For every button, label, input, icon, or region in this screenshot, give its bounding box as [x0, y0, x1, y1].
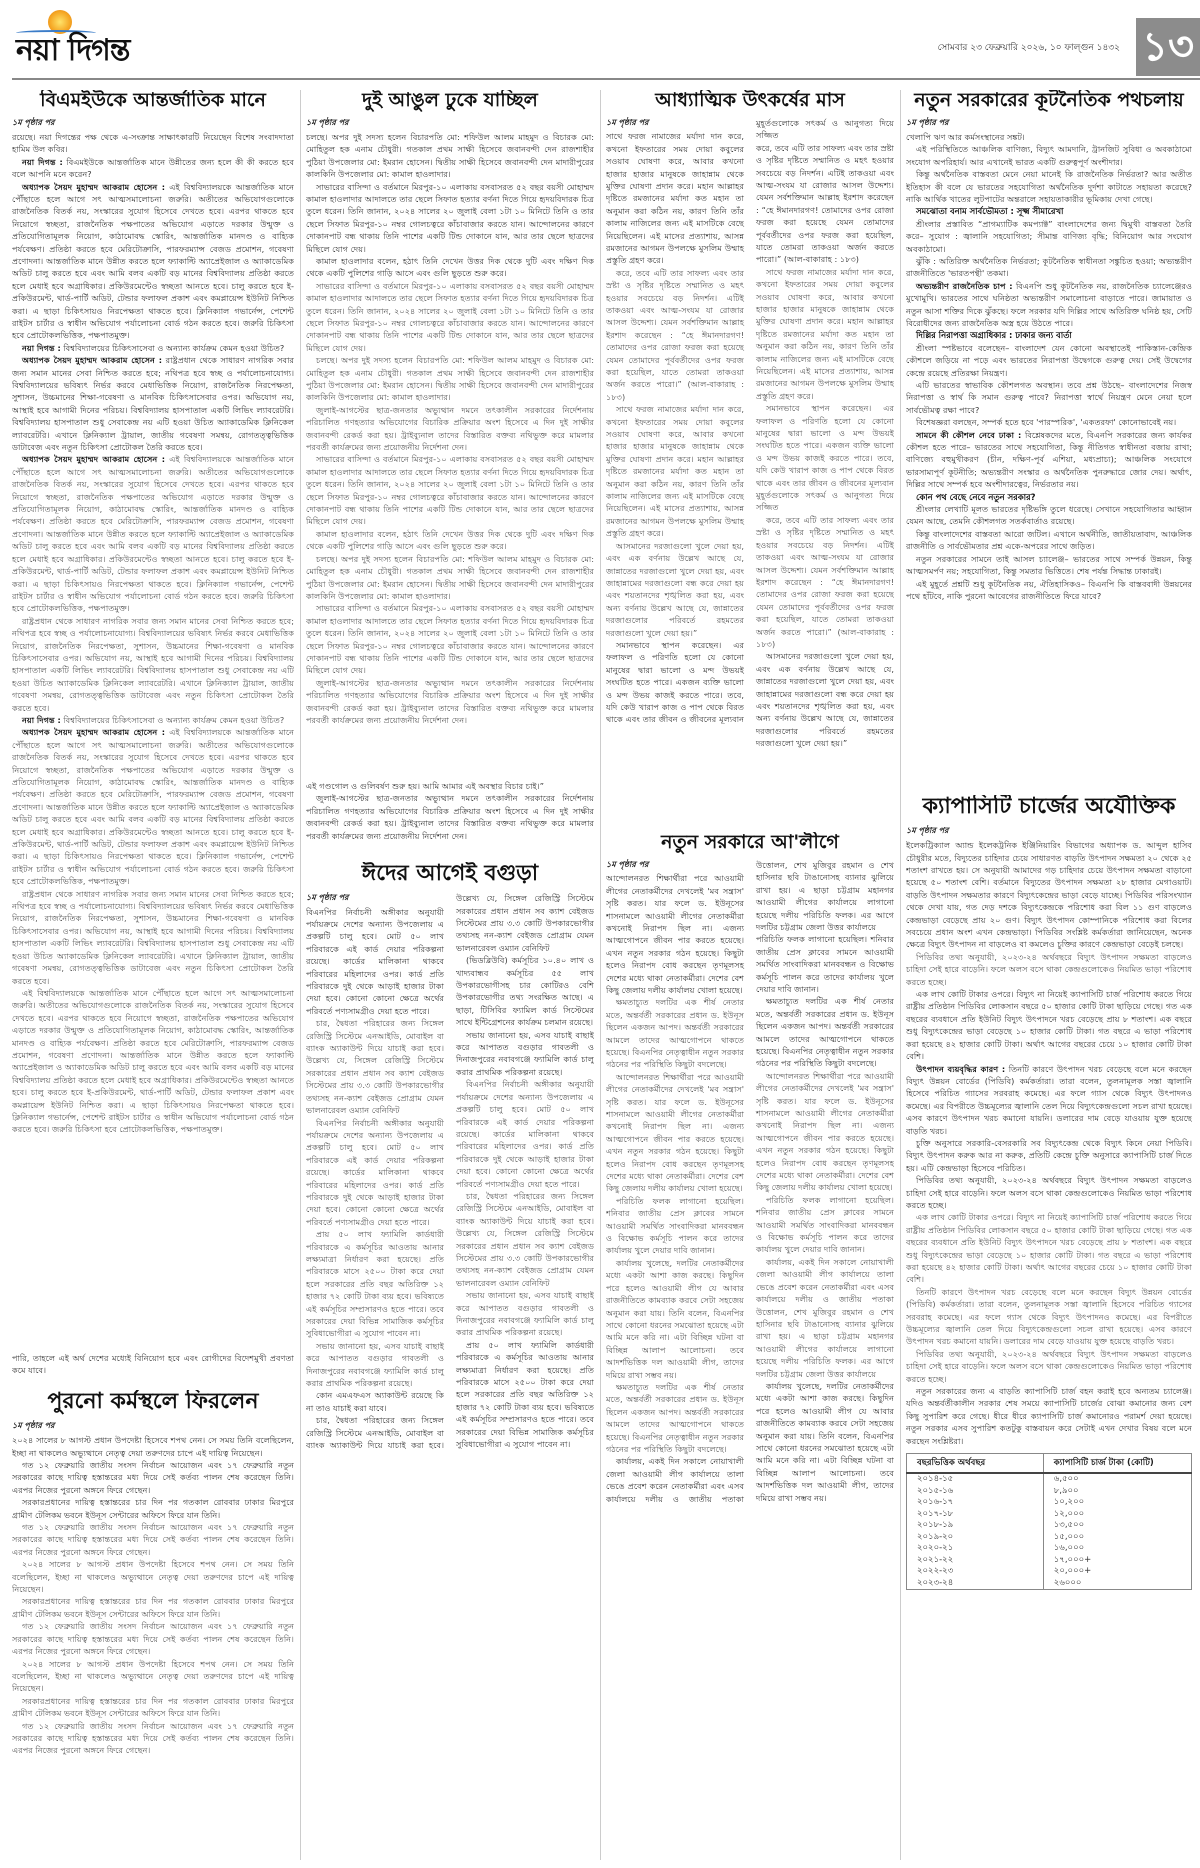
article-body: ইলেকট্রিক্যাল অ্যান্ড ইলেকট্রনিক ইঞ্জিনি…	[906, 839, 1192, 1447]
continued-label: ১ম পৃষ্ঠার পর	[306, 892, 444, 904]
answer: অধ্যাপক সৈয়দ মুহাম্মদ আকরাম হোসেন : এই …	[12, 726, 294, 887]
article-body: ১ম পৃষ্ঠার পর সাথে ফরজ নামাজের মর্যাদা দ…	[606, 117, 894, 897]
table-row: ২০২৩-২৪২৬০০০	[907, 1578, 1192, 1590]
column-header: বছরভিত্তিক অর্থবছর	[907, 1454, 1044, 1474]
answer: অধ্যাপক সৈয়দ মুহাম্মদ আকরাম হোসেন : এই …	[12, 181, 294, 342]
article-bmu-closing: পারি, তাহলে এই অর্থ দেশের মধ্যেই বিনিয়ো…	[12, 1352, 294, 1382]
article-eid-bogura: ঈদের আগেই বগুড়া ১ম পৃষ্ঠার পর বিএনপির ন…	[306, 862, 594, 1862]
column-divider	[900, 90, 901, 1860]
subheading: কোন পথ বেছে নেবে নতুন সরকার?	[906, 491, 1192, 503]
subheading: উৎপাদন ব্যয়বৃদ্ধির কারণ :	[916, 1064, 1005, 1074]
paragraph: প্রায় ৫০ লাখ ফ্যামিলি কার্ডধারী পরিবারক…	[456, 1339, 594, 1451]
paragraph: রয়েছে। নয়া দিগন্তের পক্ষ থেকে এ-সংক্রা…	[12, 131, 294, 156]
column-divider	[600, 90, 601, 1860]
answer: রাষ্ট্রপ্রধান থেকে সাধারণ নাগরিক সবার জন…	[12, 615, 294, 714]
continued-label: ১ম পৃষ্ঠার পর	[306, 117, 594, 130]
continued-label: ১ম পৃষ্ঠার পর	[12, 1420, 294, 1433]
dateline: সোমবার ২৩ ফেব্রুয়ারি ২০২৬, ১০ ফাল্গুন ১…	[938, 40, 1120, 55]
article-old-workplace: পুরনো কর্মস্থলে ফিরলেন ১ম পৃষ্ঠার পর ২০২…	[12, 1390, 294, 1860]
paragraph: এই গণ্ডগোল ও গুলিবর্ষণ শুরু হয়। আমি আমা…	[306, 780, 594, 792]
headline[interactable]: বিএমইউকে আন্তর্জাতিক মানে	[12, 90, 294, 111]
paragraph: সভায় জানানো হয়, এসব যাচাই বাছাই করে আপ…	[456, 1029, 594, 1079]
paragraph: গত ১২ ফেব্রুয়ারি জাতীয় সংসদ নির্বাচন আ…	[12, 1459, 294, 1496]
answer: অধ্যাপক সৈয়দ মুহাম্মদ আকরাম হোসেন : রাষ…	[12, 354, 294, 453]
paragraph: কার্যালয় খুলেছে, দলটির নেতাকর্মীদের মধ্…	[756, 1380, 894, 1504]
headline[interactable]: ক্যাপাসিটি চার্জের অযৌক্তিক	[906, 795, 1192, 819]
paragraph: করে, তবে এটি তার সাফল্য এবং তার স্রষ্টা …	[756, 142, 894, 266]
article-capacity-charge: ক্যাপাসিটি চার্জের অযৌক্তিক ১ম পৃষ্ঠার প…	[906, 795, 1192, 1865]
headline[interactable]: নতুন সরকারের কূটনৈতিক পথচলায়	[906, 90, 1192, 111]
table-row: ২০১৭-১৮১২,০০০	[907, 1509, 1192, 1521]
subheading: অভ্যন্তরীণ রাজনৈতিক চাপ :	[916, 281, 1013, 291]
article-two-fingers-end: এই গণ্ডগোল ও গুলিবর্ষণ শুরু হয়। আমি আমা…	[306, 780, 594, 862]
subheading: দিল্লির নিরাপত্তা অগ্রাধিকার : ঢাকার জন্…	[906, 329, 1192, 341]
paragraph: কামাল হাওলাদার বলেন, হঠাৎ তিনি দেখেন উত্…	[306, 255, 594, 280]
paragraph: চলছে। অপর দুই সদস্য হলেন বিচারপতি মো: শফ…	[306, 131, 594, 181]
table-row: ২০১৫-১৬৮,৯০০	[907, 1486, 1192, 1498]
article-body: ১ম পৃষ্ঠার পর আন্দোলনরত শিক্ষার্থীরা পরে…	[606, 859, 894, 1859]
continued-label: ১ম পৃষ্ঠার পর	[906, 117, 1192, 130]
article-awami-league: নতুন সরকারে আ'লীগে ১ম পৃষ্ঠার পর আন্দোলন…	[606, 832, 894, 1862]
table-row: ২০১৮-১৯১৩,৫০০	[907, 1520, 1192, 1532]
table-row: ২০১৬-১৭১০,২০০	[907, 1497, 1192, 1509]
headline[interactable]: দুই আঙুল ঢুকে যাচ্ছিল	[306, 90, 594, 111]
capacity-charge-table: বছরভিত্তিক অর্থবছর ক্যাপাসিটি চার্জ টাকা…	[906, 1453, 1192, 1590]
continued-label: ১ম পৃষ্ঠার পর	[606, 859, 744, 871]
headline[interactable]: পুরনো কর্মস্থলে ফিরলেন	[12, 1390, 294, 1414]
continued-label: ১ম পৃষ্ঠার পর	[12, 117, 294, 130]
article-body: রয়েছে। নয়া দিগন্তের পক্ষ থেকে এ-সংক্রা…	[12, 131, 294, 1136]
newspaper-logo[interactable]: নয়া দিগন্ত	[16, 26, 129, 77]
paragraph: জুলাই-আগস্টের ছাত্র-জনতার অভ্যুত্থান দমন…	[306, 792, 594, 842]
answer: অধ্যাপক সৈয়দ মুহাম্মদ আকরাম হোসেন : এই …	[12, 453, 294, 614]
paragraph: আসমানের দরজাগুলো খুলে দেয়া হয়, এবং এক …	[756, 650, 894, 749]
table-row: ২০২০-২১১৬,০০০	[907, 1543, 1192, 1555]
question: নয়া দিগন্ত : বিশ্ববিদ্যালয়ের চিকিৎসাসে…	[12, 342, 294, 354]
question: নয়া দিগন্ত : বিএমইউকে আন্তর্জাতিক মানে …	[12, 156, 294, 181]
table-row: ২০১৪-১৫৬,৫০০	[907, 1473, 1192, 1486]
paragraph: ২০২৪ সালের ৮ আগস্ট প্রধান উপদেষ্টা হিসেব…	[12, 1434, 294, 1459]
paragraph: পরিচিতি ফলক লাগানো হয়েছিল। শনিবার জাতীয…	[756, 933, 894, 995]
headline[interactable]: ঈদের আগেই বগুড়া	[306, 862, 594, 886]
article-body: চলছে। অপর দুই সদস্য হলেন বিচারপতি মো: শফ…	[306, 131, 594, 727]
interviewer-label: নয়া দিগন্ত :	[22, 157, 63, 167]
paragraph: সাথে ফরজ নামাজের মর্যাদা দান করে, কখনো ই…	[606, 130, 744, 266]
paragraph: আন্দোলনরত শিক্ষার্থীরা পরে আওয়ামী লীগের…	[606, 872, 744, 996]
article-bmu: বিএমইউকে আন্তর্জাতিক মানে ১ম পৃষ্ঠার পর …	[12, 90, 294, 1358]
continued-label: ১ম পৃষ্ঠার পর	[906, 825, 1192, 838]
article-spiritual: আধ্যাত্মিক উৎকর্ষের মাস ১ম পৃষ্ঠার পর সা…	[606, 90, 894, 908]
table-row: ২০২১-২২১৭,০০০+	[907, 1555, 1192, 1567]
paragraph: (ভিডব্লিউবি) কর্মসূচির ১০.৪০ লাখ ও খাদ্য…	[456, 954, 594, 1028]
headline[interactable]: আধ্যাত্মিক উৎকর্ষের মাস	[606, 90, 894, 111]
article-body: খেলাপি ঋণ আর কর্মসংস্থানের সঙ্কট। এই পরি…	[906, 131, 1192, 602]
subheading: সামনে কী কৌশল নেবে ঢাকা :	[916, 430, 1021, 440]
question: নয়া দিগন্ত : বিশ্ববিদ্যালয়ের চিকিৎসাসে…	[12, 714, 294, 726]
subheading: সমঝোতা বনাম সার্বভৌমতা : সূক্ষ্ম সীমারেখ…	[906, 205, 1192, 217]
paragraph: সরকারপ্রধানের দায়িত্ব হস্তান্তরের চার দ…	[12, 1496, 294, 1521]
page-number: ১৩	[1136, 18, 1200, 76]
table-row: ২০২২-২৩২০,০০০+	[907, 1566, 1192, 1578]
paragraph: বিএনপির নির্বাচনী অঙ্গীকার অনুযায়ী পর্য…	[306, 906, 444, 1018]
paragraph: ক্ষমতাচ্যুত দলটির এক শীর্ষ নেতার মতে, অন…	[756, 995, 894, 1069]
interviewee-label: অধ্যাপক সৈয়দ মুহাম্মদ আকরাম হোসেন :	[22, 182, 165, 192]
article-diplomacy: নতুন সরকারের কূটনৈতিক পথচলায় ১ম পৃষ্ঠার…	[906, 90, 1192, 790]
masthead: নয়া দিগন্ত সোমবার ২৩ ফেব্রুয়ারি ২০২৬, …	[12, 0, 1200, 80]
headline[interactable]: নতুন সরকারে আ'লীগে	[606, 832, 894, 853]
article-body: ২০২৪ সালের ৮ আগস্ট প্রধান উপদেষ্টা হিসেব…	[12, 1434, 294, 1757]
article-body: ১ম পৃষ্ঠার পর বিএনপির নির্বাচনী অঙ্গীকার…	[306, 892, 594, 1852]
paragraph: কোন এমএফএস অ্যাকাউন্ট রয়েছে কি না তাও য…	[306, 1389, 444, 1414]
column-header: ক্যাপাসিটি চার্জ টাকা (কোটি)	[1043, 1454, 1191, 1474]
paragraph: পারি, তাহলে এই অর্থ দেশের মধ্যেই বিনিয়ো…	[12, 1352, 294, 1377]
paragraph: সাভারের বাসিন্দা ও বর্তমানে মিরপুর-১০ এল…	[306, 181, 594, 255]
column-divider	[300, 90, 301, 1860]
article-two-fingers: দুই আঙুল ঢুকে যাচ্ছিল ১ম পৃষ্ঠার পর চলছে…	[306, 90, 594, 868]
continued-label: ১ম পৃষ্ঠার পর	[606, 117, 744, 129]
table-row: ২০১৯-২০১৫,০০০	[907, 1532, 1192, 1544]
